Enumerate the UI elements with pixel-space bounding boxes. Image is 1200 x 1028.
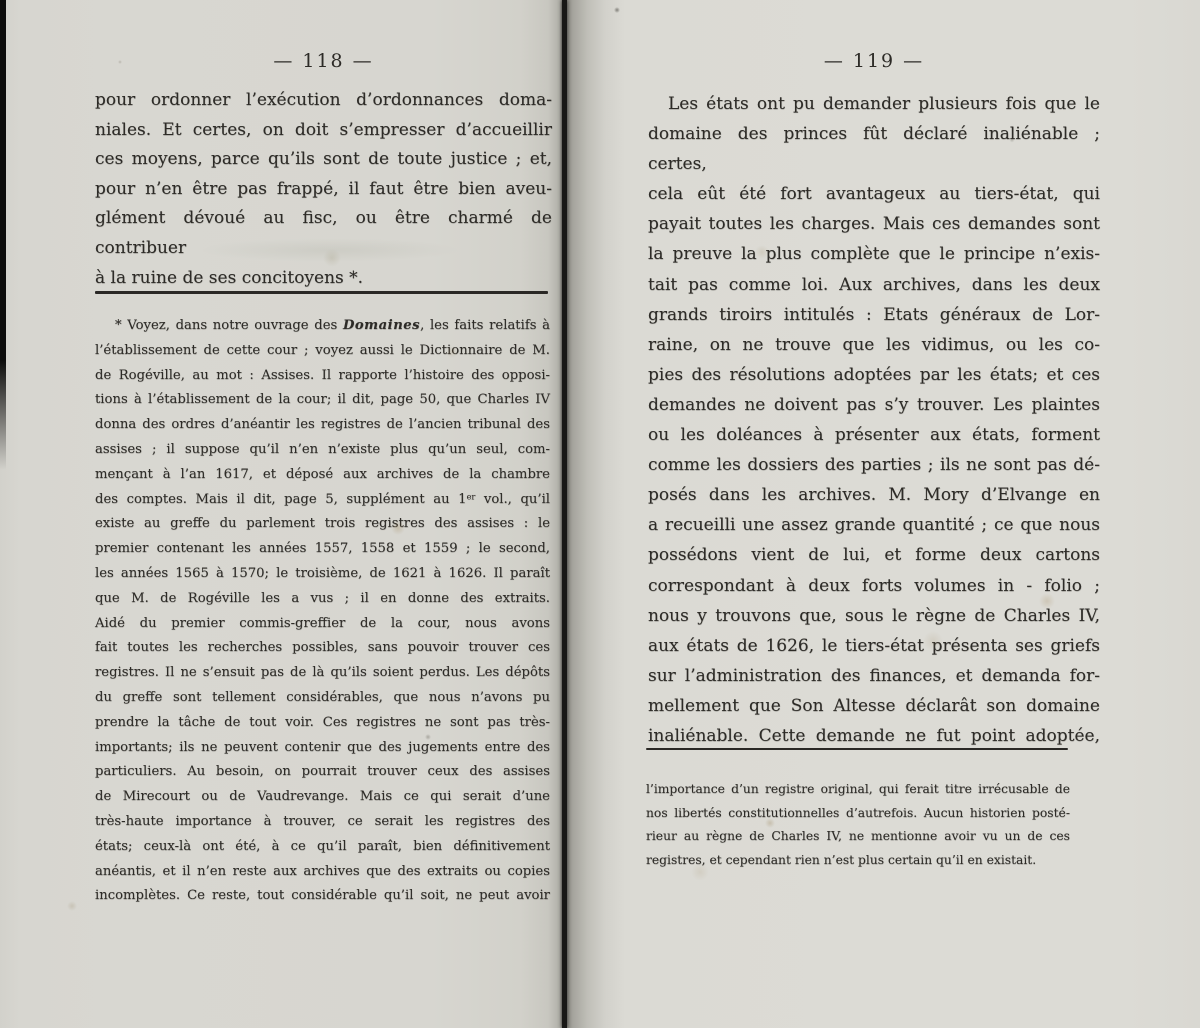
text-line: existe au greffe du parlement trois regi… (95, 512, 550, 537)
text-line: l’importance d’un registre original, qui… (646, 778, 1070, 802)
text-line: pour n’en être pas frappé, il faut être … (95, 175, 552, 205)
text-line: ou les doléances à présenter aux états, … (648, 420, 1100, 450)
text-line: mellement que Son Altesse déclarât son d… (648, 691, 1100, 721)
text-line: tait pas comme loi. Aux archives, dans l… (648, 270, 1100, 300)
text-line: registres, et cependant rien n’est plus … (646, 849, 1070, 873)
text-line: très-haute importance à trouver, ce sera… (95, 810, 550, 835)
text-line: nos libertés constitutionnelles d’autref… (646, 802, 1070, 826)
text-line: comme les dossiers des parties ; ils ne … (648, 450, 1100, 480)
text-line: les années 1565 à 1570; le troisième, de… (95, 562, 550, 587)
text-line: pour ordonner l’exécution d’ordonnances … (95, 86, 552, 116)
book-scan-screenshot: { "colors": { "paper_left": "#d8d7d1", "… (0, 0, 1200, 1028)
text-line: a recueilli une assez grande quantité ; … (648, 510, 1100, 540)
text-line: particuliers. Au besoin, on pourrait tro… (95, 760, 550, 785)
text-line: Aidé du premier commis-greffier de la co… (95, 612, 550, 637)
text-line: niales. Et certes, on doit s’empresser d… (95, 116, 552, 146)
text-line: premier contenant les années 1557, 1558 … (95, 537, 550, 562)
text-line: demandes ne doivent pas s’y trouver. Les… (648, 390, 1100, 420)
text-line: assises ; il suppose qu’il n’en n’existe… (95, 438, 550, 463)
page-number-119: — 119 — (648, 50, 1100, 72)
page-gutter-shadow (562, 0, 567, 1028)
text-line: incomplètes. Ce reste, tout considérable… (95, 884, 550, 909)
text-line: fait toutes les recherches possibles, sa… (95, 636, 550, 661)
text-line: raine, on ne trouve que les vidimus, ou … (648, 330, 1100, 360)
text-line: registres. Il ne s’ensuit pas de là qu’i… (95, 661, 550, 686)
text-line: payait toutes les charges. Mais ces dema… (648, 209, 1100, 239)
text-line: de Rogéville, au mot : Assises. Il rappo… (95, 364, 550, 389)
text-line: la preuve la plus complète que le princi… (648, 239, 1100, 269)
text-line: correspondant à deux forts volumes in - … (648, 571, 1100, 601)
text-line: l’établissement de cette cour ; voyez au… (95, 339, 550, 364)
scan-left-edge (0, 0, 6, 470)
text-line: pies des résolutions adoptées par les ét… (648, 360, 1100, 390)
text-line: nous y trouvons que, sous le règne de Ch… (648, 601, 1100, 631)
text-line: possédons vient de lui, et forme deux ca… (648, 540, 1100, 570)
text-line: mençant à l’an 1617, et déposé aux archi… (95, 463, 550, 488)
text-line: sur l’administration des finances, et de… (648, 661, 1100, 691)
text-line: que M. de Rogéville les a vus ; il en do… (95, 587, 550, 612)
page-number-118: — 118 — (95, 50, 552, 72)
text-line: tions à l’établissement de la cour; il d… (95, 388, 550, 413)
page-119-footnote: l’importance d’un registre original, qui… (646, 778, 1070, 873)
text-line: prendre la tâche de tout voir. Ces regis… (95, 711, 550, 736)
text-line: du greffe sont tellement considérables, … (95, 686, 550, 711)
text-line: ces moyens, parce qu’ils sont de toute j… (95, 145, 552, 175)
text-line: domaine des princes fût déclaré inaliéna… (648, 119, 1100, 179)
text-line: importants; ils ne peuvent contenir que … (95, 736, 550, 761)
text-line: inaliénable. Cette demande ne fut point … (648, 721, 1100, 751)
text-line: posés dans les archives. M. Mory d’Elvan… (648, 480, 1100, 510)
text-line: anéantis, et il n’en reste aux archives … (95, 860, 550, 885)
text-line: à la ruine de ses concitoyens *. (95, 264, 552, 294)
text-line: donna des ordres d’anéantir les registre… (95, 413, 550, 438)
page-118-body-text: pour ordonner l’exécution d’ordonnances … (95, 86, 552, 293)
text-line: rieur au règne de Charles IV, ne mention… (646, 825, 1070, 849)
text-line: Les états ont pu demander plusieurs fois… (648, 89, 1100, 119)
text-line: * Voyez, dans notre ouvrage des Domaines… (95, 314, 550, 339)
footnote-separator-119 (646, 748, 1068, 750)
page-118-footnote: * Voyez, dans notre ouvrage des Domaines… (95, 314, 550, 909)
footnote-separator-118 (95, 291, 548, 294)
text-line: états; ceux-là ont été, à ce qu’il paraî… (95, 835, 550, 860)
text-line: aux états de 1626, le tiers-état présent… (648, 631, 1100, 661)
text-line: des comptes. Mais il dit, page 5, supplé… (95, 488, 550, 513)
text-line: glément dévoué au fisc, ou être charmé d… (95, 204, 552, 263)
page-119-body-text: Les états ont pu demander plusieurs fois… (648, 89, 1100, 751)
text-line: de Mirecourt ou de Vaudrevange. Mais ce … (95, 785, 550, 810)
text-line: cela eût été fort avantageux au tiers-ét… (648, 179, 1100, 209)
text-line: grands tiroirs intitulés : Etats générau… (648, 300, 1100, 330)
